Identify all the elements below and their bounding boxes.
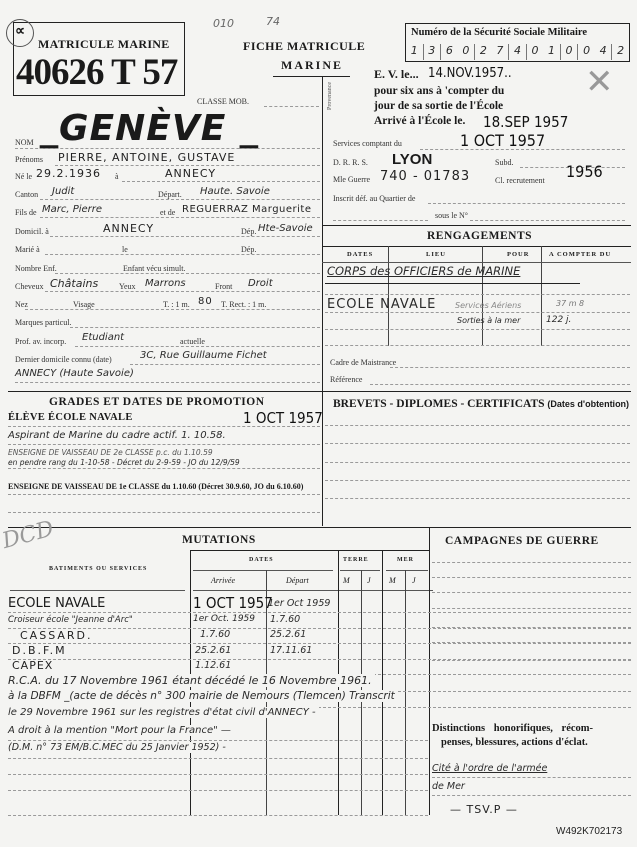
ne-a-label: à [115, 172, 119, 181]
annotation-left: 010 [213, 17, 234, 30]
mere-value: REGUERRAZ Marguerite [182, 204, 312, 215]
enfant-vecu-label: Enfant vécu simult. [123, 264, 185, 273]
depart-label: Départ. [158, 190, 182, 199]
digit: 0 [561, 44, 579, 60]
col-terre: TERRE [343, 557, 369, 563]
prenoms-label: Prénoms [15, 155, 43, 164]
distinctions-title-line1: Distinctions honorifiques, récom- [432, 723, 593, 734]
front-label: Front [215, 282, 232, 291]
prenoms-value: PIERRE, ANTOINE, GUSTAVE [58, 151, 235, 164]
cheveux-label: Cheveux [15, 282, 43, 291]
mutation-row2-arrivee: 1er Oct. 1959 [193, 614, 255, 624]
digit: 0 [578, 44, 595, 60]
grade-row3-text: ENSEIGNE DE VAISSEAU DE 2e CLASSE p.c. d… [8, 448, 213, 457]
prof-value: Etudiant [82, 332, 124, 343]
visage-label: Visage [73, 300, 95, 309]
col-batiments: BATIMENTS OU SERVICES [49, 566, 147, 572]
dep-label: Dép. [241, 227, 256, 236]
ne-lieu-value: ANNECY [165, 167, 216, 180]
grade-row1-text: ÉLÈVE ÉCOLE NAVALE [8, 412, 133, 423]
distinction-line2: de Mer [432, 781, 465, 792]
fiche-title-line2: MARINE [281, 58, 343, 73]
col-mer-m: M [389, 576, 396, 585]
rengagement-row1: CORPS des OFFICIERS de MARINE [327, 264, 520, 278]
et-de-label: et de [160, 208, 175, 217]
nom-label: NOM [15, 138, 34, 147]
col-dates: DATES [249, 557, 274, 563]
col-terre-j: J [367, 576, 371, 585]
campagnes-title: CAMPAGNES DE GUERRE [445, 535, 599, 547]
digit: 4 [509, 44, 527, 60]
circle-mark-icon: ∝ [6, 19, 34, 47]
nombre-enf-label: Nombre Enf. [15, 264, 57, 273]
fils-de-label: Fils de [15, 208, 37, 217]
classe-mob-label: CLASSE MOB. [197, 97, 249, 106]
mutation-note-line3: le 29 Novembre 1961 sur les registres d'… [8, 707, 319, 718]
actuelle-label: actuelle [180, 337, 205, 346]
mutation-row3-arrivee: 1.7.60 [200, 629, 230, 640]
grade-row1-date: 1 OCT 1957 [243, 409, 323, 427]
col-lieu: LIEU [426, 251, 446, 258]
annotation-right: 74 [266, 15, 280, 28]
digit: 3 [424, 44, 442, 60]
subd-label: Subd. [495, 158, 513, 167]
rengagement-row3-note: Sorties à la mer [457, 316, 520, 325]
nez-label: Nez [15, 300, 28, 309]
dernier-domicile-line2: ANNECY (Haute Savoie) [15, 368, 134, 379]
rengagement-row2: ECOLE NAVALE [327, 297, 436, 312]
rengagement-row2-note: Services Aériens [455, 301, 521, 310]
ev-line3: jour de sa sortie de l'École [374, 100, 503, 112]
depart-value: Haute. Savoie [200, 186, 270, 197]
brevets-title-main: BREVETS - DIPLOMES - CERTIFICATS [333, 398, 545, 410]
mutation-row1-arrivee: 1 OCT 1957 [193, 594, 273, 612]
mutation-row3-depart: 25.2.61 [270, 629, 306, 640]
pere-value: Marc, Pierre [42, 204, 102, 215]
matricule-number: 40626 T 57 [16, 51, 177, 94]
mle-value: 740 - 01783 [380, 169, 470, 184]
digit: 7 [492, 44, 510, 60]
col-mer: MER [397, 557, 414, 563]
digit: 2 [612, 44, 629, 60]
securite-sociale-digits: 1 3 6 0 2 7 4 0 1 0 0 4 2 [406, 44, 629, 60]
dep-value: Hte-Savoie [258, 223, 313, 234]
ne-le-value: 29.2.1936 [36, 167, 101, 180]
grades-title: GRADES ET DATES DE PROMOTION [49, 396, 265, 408]
marie-label: Marié à [15, 245, 40, 254]
provenance-label: Provenance [327, 82, 333, 110]
col-depart: Départ [286, 576, 309, 585]
mutations-title: MUTATIONS [182, 534, 256, 546]
ev-date: 14.NOV.1957.. [428, 66, 512, 81]
cheveux-value: Châtains [50, 277, 98, 290]
marques-label: Marques particul. [15, 318, 71, 327]
canton-value: Judit [52, 186, 74, 197]
drrs-value: LYON [392, 151, 432, 168]
front-value: Droit [248, 278, 273, 289]
cl-recrutement-label: Cl. recrutement [495, 176, 545, 185]
brevets-subtitle: (Dates d'obtention) [547, 399, 629, 409]
trect-label: T. Rect. : 1 m. [221, 300, 266, 309]
dernier-domicile-label: Dernier domicile connu (date) [15, 355, 112, 364]
marie-dep-label: Dép. [241, 245, 256, 254]
grade-row2-text: Aspirant de Marine du cadre actif. 1. 10… [8, 430, 226, 441]
yeux-label: Yeux [119, 282, 136, 291]
col-dates: DATES [347, 251, 373, 258]
digit: 2 [475, 44, 492, 60]
taille-value: 80 [198, 296, 213, 307]
mutation-row4-service: D.B.F.M [12, 644, 67, 657]
col-mer-j: J [412, 576, 416, 585]
arrive-label: Arrivé à l'École le. [374, 115, 465, 127]
rengagement-row2-value: 37 m 8 [556, 299, 584, 308]
ev-label: E. V. le... [374, 67, 419, 82]
securite-sociale-box: Numéro de la Sécurité Sociale Militaire … [405, 23, 630, 62]
col-a-compter: A COMPTER DU [549, 251, 611, 258]
col-terre-m: M [343, 576, 350, 585]
inscrit-label: Inscrit déf. au Quartier de [333, 194, 415, 203]
digit: 1 [543, 44, 561, 60]
mutation-note-line5: (D.M. n° 73 EM/B.C.MEC du 25 Janvier 195… [8, 742, 229, 753]
dernier-domicile-line1: 3C, Rue Guillaume Fichet [140, 350, 267, 361]
marie-le-label: le [122, 245, 128, 254]
services-date: 1 OCT 1957 [460, 131, 545, 150]
mutation-row4-depart: 17.11.61 [270, 645, 312, 656]
brevets-title: BREVETS - DIPLOMES - CERTIFICATS (Dates … [333, 398, 629, 410]
ne-le-label: Né le [15, 172, 32, 181]
securite-sociale-label: Numéro de la Sécurité Sociale Militaire [411, 27, 587, 38]
matricule-label: MATRICULE MARINE [38, 37, 170, 52]
mutation-row5-service: CAPEX [12, 659, 53, 672]
cl-recrutement-value: 1956 [566, 162, 603, 181]
matricule-box: ∝ MATRICULE MARINE 40626 T 57 [13, 22, 185, 96]
domicil-label: Domicil. à [15, 227, 49, 236]
taille-label: T. : 1 m. [163, 300, 190, 309]
yeux-value: Marrons [145, 278, 186, 289]
rengagement-row3-value: 122 j. [546, 315, 571, 325]
col-pour: POUR [507, 251, 529, 258]
mutation-note-line1: R.C.A. du 17 Novembre 1961 étant décédé … [8, 674, 375, 687]
sous-le-n-label: sous le N° [435, 211, 468, 220]
cadre-maistrance-label: Cadre de Maistrance [330, 358, 396, 367]
tsvp-note: — TSV.P — [450, 803, 518, 816]
digit: 0 [527, 44, 544, 60]
mutation-row1-service: ECOLE NAVALE [8, 596, 105, 611]
services-label: Services comptant du [333, 139, 402, 148]
nom-value: _GENÈVE _ [40, 108, 259, 149]
mutation-row3-service: CASSARD. [20, 629, 93, 642]
reference-label: Référence [330, 375, 362, 384]
mutation-row2-service: Croiseur école "Jeanne d'Arc" [8, 615, 133, 625]
mutation-row5-arrivee: 1.12.61 [195, 660, 231, 671]
mutation-row4-arrivee: 25.2.61 [195, 645, 231, 656]
drrs-label: D. R. R. S. [333, 158, 368, 167]
mle-label: Mle Guerre [333, 175, 370, 184]
digit: 1 [406, 44, 424, 60]
domicil-value: ANNECY [103, 222, 154, 235]
grade-row5-text: ENSEIGNE DE VAISSEAU DE 1e CLASSE du 1.1… [8, 482, 303, 491]
col-arrivee: Arrivée [211, 576, 235, 585]
canton-label: Canton [15, 190, 38, 199]
fiche-title-line1: FICHE MATRICULE [243, 39, 365, 54]
distinctions-title-line2: penses, blessures, actions d'éclat. [441, 737, 588, 748]
rengagements-title: RENGAGEMENTS [427, 230, 532, 242]
grade-row4-text: en pendre rang du 1-10-58 - Décret du 2-… [8, 458, 240, 467]
digit: 4 [595, 44, 613, 60]
distinction-line1: Cité à l'ordre de l'armée [432, 763, 547, 774]
x-mark-icon: ✕ [585, 62, 614, 102]
mutation-row1-depart: 1er Oct 1959 [268, 598, 330, 609]
digit: 6 [441, 44, 458, 60]
ev-line2: pour six ans à 'compter du [374, 85, 504, 97]
document-code: W492K702173 [556, 826, 622, 837]
arrive-date: 18.SEP 1957 [483, 113, 568, 131]
mutation-note-line4: A droit à la mention "Mort pour la Franc… [8, 725, 234, 736]
digit: 0 [458, 44, 476, 60]
prof-label: Prof. av. incorp. [15, 337, 66, 346]
mutation-note-line2: à la DBFM _(acte de décès n° 300 mairie … [8, 690, 398, 702]
mutation-row2-depart: 1.7.60 [270, 614, 300, 625]
